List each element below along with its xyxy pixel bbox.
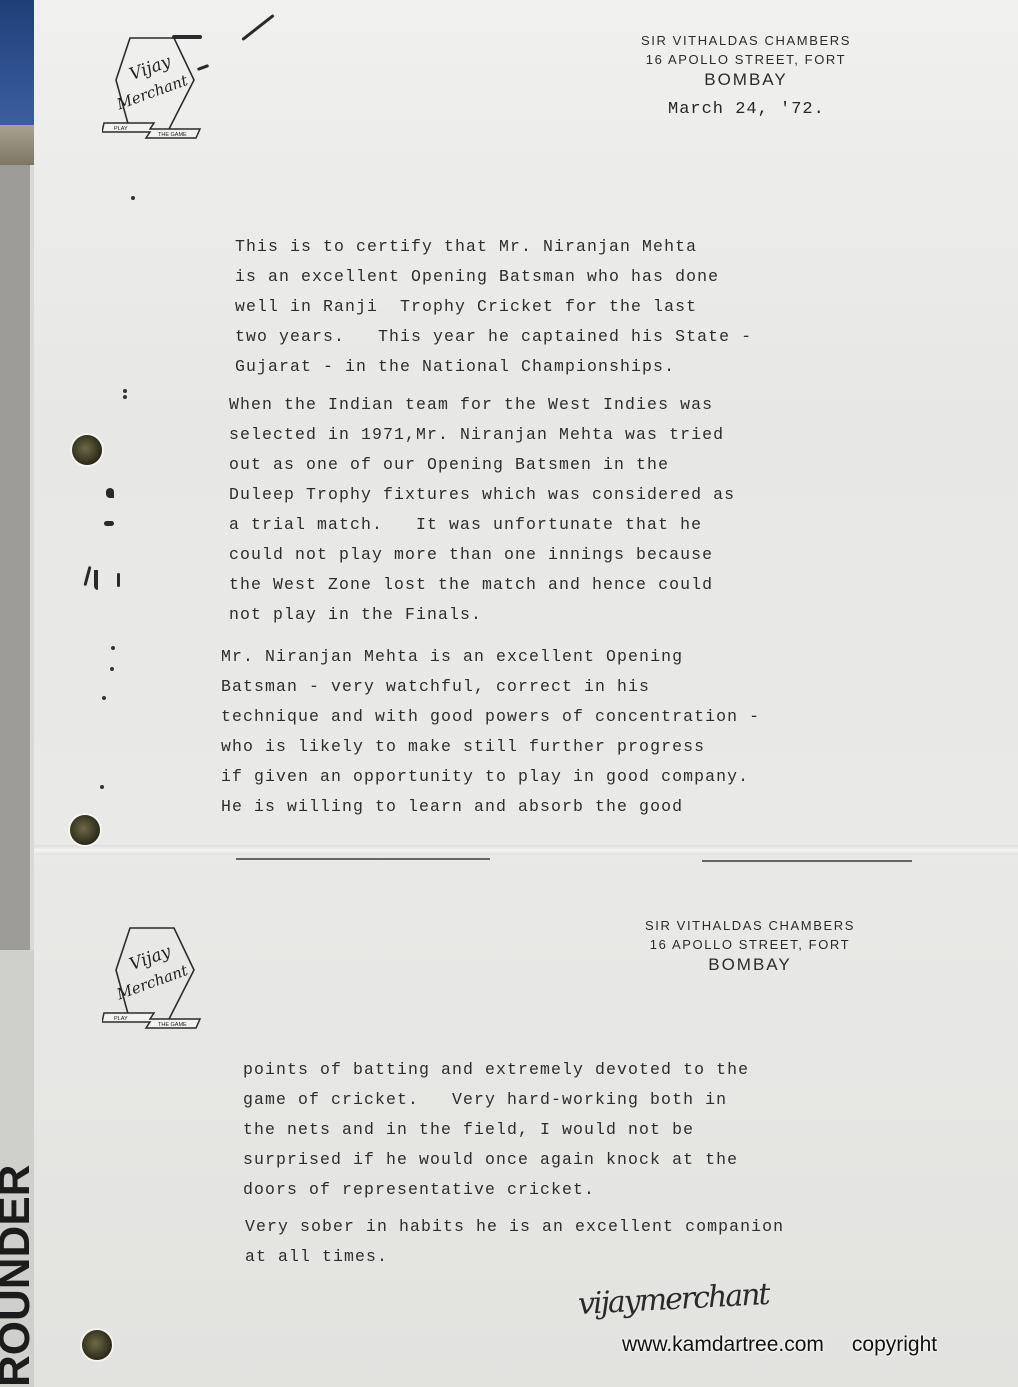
page-fold xyxy=(34,845,1018,855)
text-line: a trial match. It was unfortunate that h… xyxy=(229,510,735,540)
letterhead-street: 16 APOLLO STREET, FORT xyxy=(628,50,864,69)
text-line: When the Indian team for the West Indies… xyxy=(229,390,735,420)
background-photo-strip xyxy=(0,125,36,165)
text-line: technique and with good powers of concen… xyxy=(221,702,760,732)
text-line: Duleep Trophy fixtures which was conside… xyxy=(229,480,735,510)
text-line: Mr. Niranjan Mehta is an excellent Openi… xyxy=(221,642,760,672)
text-line: two years. This year he captained his St… xyxy=(235,322,752,352)
text-line: selected in 1971,Mr. Niranjan Mehta was … xyxy=(229,420,735,450)
stray-dot xyxy=(111,646,115,650)
stray-dot xyxy=(123,389,127,393)
svg-text:THE GAME: THE GAME xyxy=(158,1022,187,1028)
background-binder-blue xyxy=(0,0,36,125)
text-line: is an excellent Opening Batsman who has … xyxy=(235,262,752,292)
vijay-merchant-logo: Vijay Merchant PLAY THE GAME xyxy=(102,925,202,1035)
fold-rule-left xyxy=(236,858,490,860)
letterhead-city: BOMBAY xyxy=(632,954,868,976)
text-line: the West Zone lost the match and hence c… xyxy=(229,570,735,600)
letterhead: SIR VITHALDAS CHAMBERS 16 APOLLO STREET,… xyxy=(628,31,864,91)
text-line: well in Ranji Trophy Cricket for the las… xyxy=(235,292,752,322)
letterhead-building: SIR VITHALDAS CHAMBERS xyxy=(628,31,864,50)
svg-text:PLAY: PLAY xyxy=(114,1016,128,1022)
letter-date: March 24, '72. xyxy=(668,100,825,119)
punch-hole xyxy=(70,815,100,845)
text-line: This is to certify that Mr. Niranjan Meh… xyxy=(235,232,752,262)
background-magazine-strip: ROUNDER xyxy=(0,950,34,1387)
text-line: if given an opportunity to play in good … xyxy=(221,762,760,792)
text-line: game of cricket. Very hard-working both … xyxy=(243,1085,749,1115)
pen-mark xyxy=(117,573,120,587)
copyright-watermark: www.kamdartree.comcopyright xyxy=(622,1333,937,1357)
stray-dot xyxy=(102,696,106,700)
letterhead-building: SIR VITHALDAS CHAMBERS xyxy=(632,916,868,935)
letterhead: SIR VITHALDAS CHAMBERS 16 APOLLO STREET,… xyxy=(632,916,868,976)
background-gray-strip xyxy=(0,165,30,950)
text-line: doors of representative cricket. xyxy=(243,1175,749,1205)
stray-dot xyxy=(100,785,104,789)
svg-text:THE GAME: THE GAME xyxy=(158,132,187,138)
text-line: the nets and in the field, I would not b… xyxy=(243,1115,749,1145)
background-magazine-word: ROUNDER xyxy=(0,950,32,1387)
pen-mark xyxy=(104,521,114,526)
watermark-site: www.kamdartree.com xyxy=(622,1333,824,1356)
stray-dot xyxy=(123,395,127,399)
text-line: who is likely to make still further prog… xyxy=(221,732,760,762)
stray-dot xyxy=(131,196,135,200)
text-line: surprised if he would once again knock a… xyxy=(243,1145,749,1175)
letterhead-city: BOMBAY xyxy=(628,69,864,91)
letterhead-street: 16 APOLLO STREET, FORT xyxy=(632,935,868,954)
text-line: could not play more than one innings bec… xyxy=(229,540,735,570)
pen-mark xyxy=(106,488,114,498)
text-line: Gujarat - in the National Championships. xyxy=(235,352,752,382)
text-line: points of batting and extremely devoted … xyxy=(243,1055,749,1085)
text-line: out as one of our Opening Batsmen in the xyxy=(229,450,735,480)
text-line: at all times. xyxy=(245,1242,784,1272)
punch-hole xyxy=(82,1330,112,1360)
stray-dot xyxy=(110,667,114,671)
paragraph-batting-qualities: Mr. Niranjan Mehta is an excellent Openi… xyxy=(221,642,760,822)
hexagon-logo-icon: Vijay Merchant PLAY THE GAME xyxy=(102,925,202,1035)
pen-mark xyxy=(94,570,98,590)
hexagon-logo-icon: Vijay Merchant PLAY THE GAME xyxy=(102,35,202,145)
vijay-merchant-logo: Vijay Merchant PLAY THE GAME xyxy=(102,35,202,145)
text-line: not play in the Finals. xyxy=(229,600,735,630)
paragraph-devotion: points of batting and extremely devoted … xyxy=(243,1055,749,1205)
svg-text:PLAY: PLAY xyxy=(114,126,128,132)
watermark-notice: copyright xyxy=(852,1333,937,1356)
punch-hole xyxy=(72,435,102,465)
text-line: Batsman - very watchful, correct in his xyxy=(221,672,760,702)
fold-rule-right xyxy=(702,860,912,862)
text-line: He is willing to learn and absorb the go… xyxy=(221,792,760,822)
paragraph-certification: This is to certify that Mr. Niranjan Meh… xyxy=(235,232,752,382)
paragraph-west-indies-selection: When the Indian team for the West Indies… xyxy=(229,390,735,630)
paragraph-character: Very sober in habits he is an excellent … xyxy=(245,1212,784,1272)
text-line: Very sober in habits he is an excellent … xyxy=(245,1212,784,1242)
